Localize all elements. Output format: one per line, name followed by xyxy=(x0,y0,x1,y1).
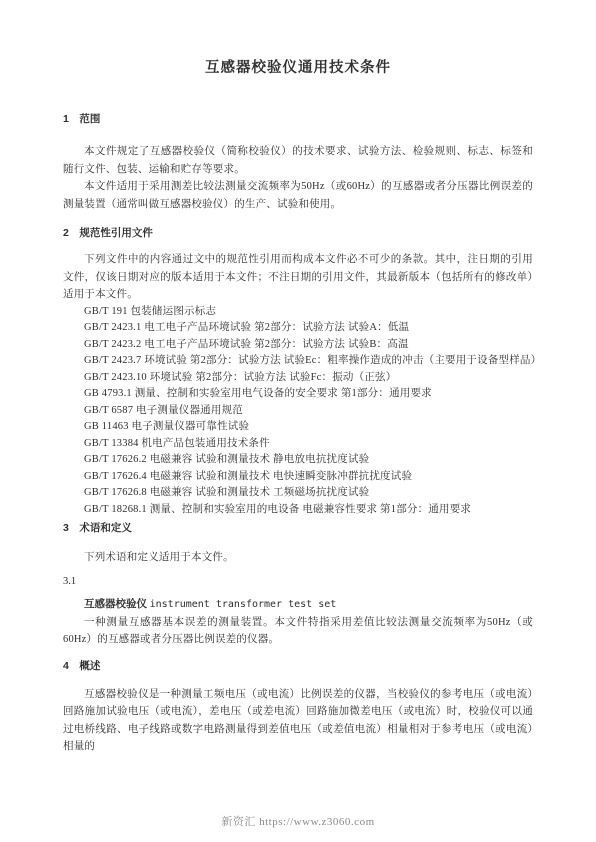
normative-references-list: GB/T 191 包装储运图示标志 GB/T 2423.1 电工电子产品环境试验… xyxy=(63,304,533,519)
reference-item: GB/T 17626.2 电磁兼容 试验和测量技术 静电放电抗扰度试验 xyxy=(84,452,533,469)
reference-item: GB/T 6587 电子测量仪器通用规范 xyxy=(84,403,533,420)
section-heading-overview: 4 概述 xyxy=(63,659,533,673)
page-body: 互感器校验仪通用技术条件 1 范围 本文件规定了互感器校验仪（简称校验仪）的技术… xyxy=(0,0,596,756)
section-heading-normative-references: 2 规范性引用文件 xyxy=(63,226,533,240)
reference-item: GB/T 18268.1 测量、控制和实验室用的电设备 电磁兼容性要求 第1部分… xyxy=(84,502,533,519)
term-line: 互感器校验仪 instrument transformer test set xyxy=(63,597,533,612)
reference-item: GB/T 2423.2 电工电子产品环境试验 第2部分：试验方法 试验B：高温 xyxy=(84,337,533,354)
normative-references-intro: 下列文件中的内容通过文中的规范性引用而构成本文件必不可少的条款。其中，注日期的引… xyxy=(63,251,533,304)
reference-item: GB/T 2423.10 环境试验 第2部分：试验方法 试验Fc：振动（正弦） xyxy=(84,370,533,387)
section-heading-scope: 1 范围 xyxy=(63,112,533,126)
reference-item: GB 4793.1 测量、控制和实验室用电气设备的安全要求 第1部分：通用要求 xyxy=(84,386,533,403)
document-page: { "document": { "title": "互感器校验仪通用技术条件",… xyxy=(0,0,596,842)
term-name-english: instrument transformer test set xyxy=(150,599,337,610)
section-heading-terms: 3 术语和定义 xyxy=(63,521,533,535)
reference-item: GB/T 2423.1 电工电子产品环境试验 第2部分：试验方法 试验A：低温 xyxy=(84,320,533,337)
watermark-footer: 新资汇 https://www.z3060.com xyxy=(0,813,596,829)
overview-paragraph-1: 互感器校验仪是一种测量工频电压（或电流）比例误差的仪器，当校验仪的参考电压（或电… xyxy=(63,686,533,756)
term-definition: 一种测量互感器基本误差的测量装置。本文件特指采用差值比较法测量交流频率为50Hz… xyxy=(63,614,533,649)
reference-item: GB/T 17626.4 电磁兼容 试验和测量技术 电快速瞬变脉冲群抗扰度试验 xyxy=(84,469,533,486)
term-name-chinese: 互感器校验仪 xyxy=(84,598,147,610)
scope-paragraph-2: 本文件适用于采用测差比较法测量交流频率为50Hz（或60Hz）的互感器或者分压器… xyxy=(63,178,533,213)
document-title: 互感器校验仪通用技术条件 xyxy=(63,0,533,80)
reference-item: GB 11463 电子测量仪器可靠性试验 xyxy=(84,419,533,436)
reference-item: GB/T 13384 机电产品包装通用技术条件 xyxy=(84,436,533,453)
reference-item: GB/T 191 包装储运图示标志 xyxy=(84,304,533,321)
terms-intro: 下列术语和定义适用于本文件。 xyxy=(63,549,533,567)
term-entry-number: 3.1 xyxy=(63,575,533,589)
reference-item: GB/T 17626.8 电磁兼容 试验和测量技术 工频磁场抗扰度试验 xyxy=(84,485,533,502)
scope-paragraph-1: 本文件规定了互感器校验仪（简称校验仪）的技术要求、试验方法、检验规则、标志、标签… xyxy=(63,143,533,178)
reference-item: GB/T 2423.7 环境试验 第2部分：试验方法 试验Ec：粗率操作造成的冲… xyxy=(84,353,533,370)
